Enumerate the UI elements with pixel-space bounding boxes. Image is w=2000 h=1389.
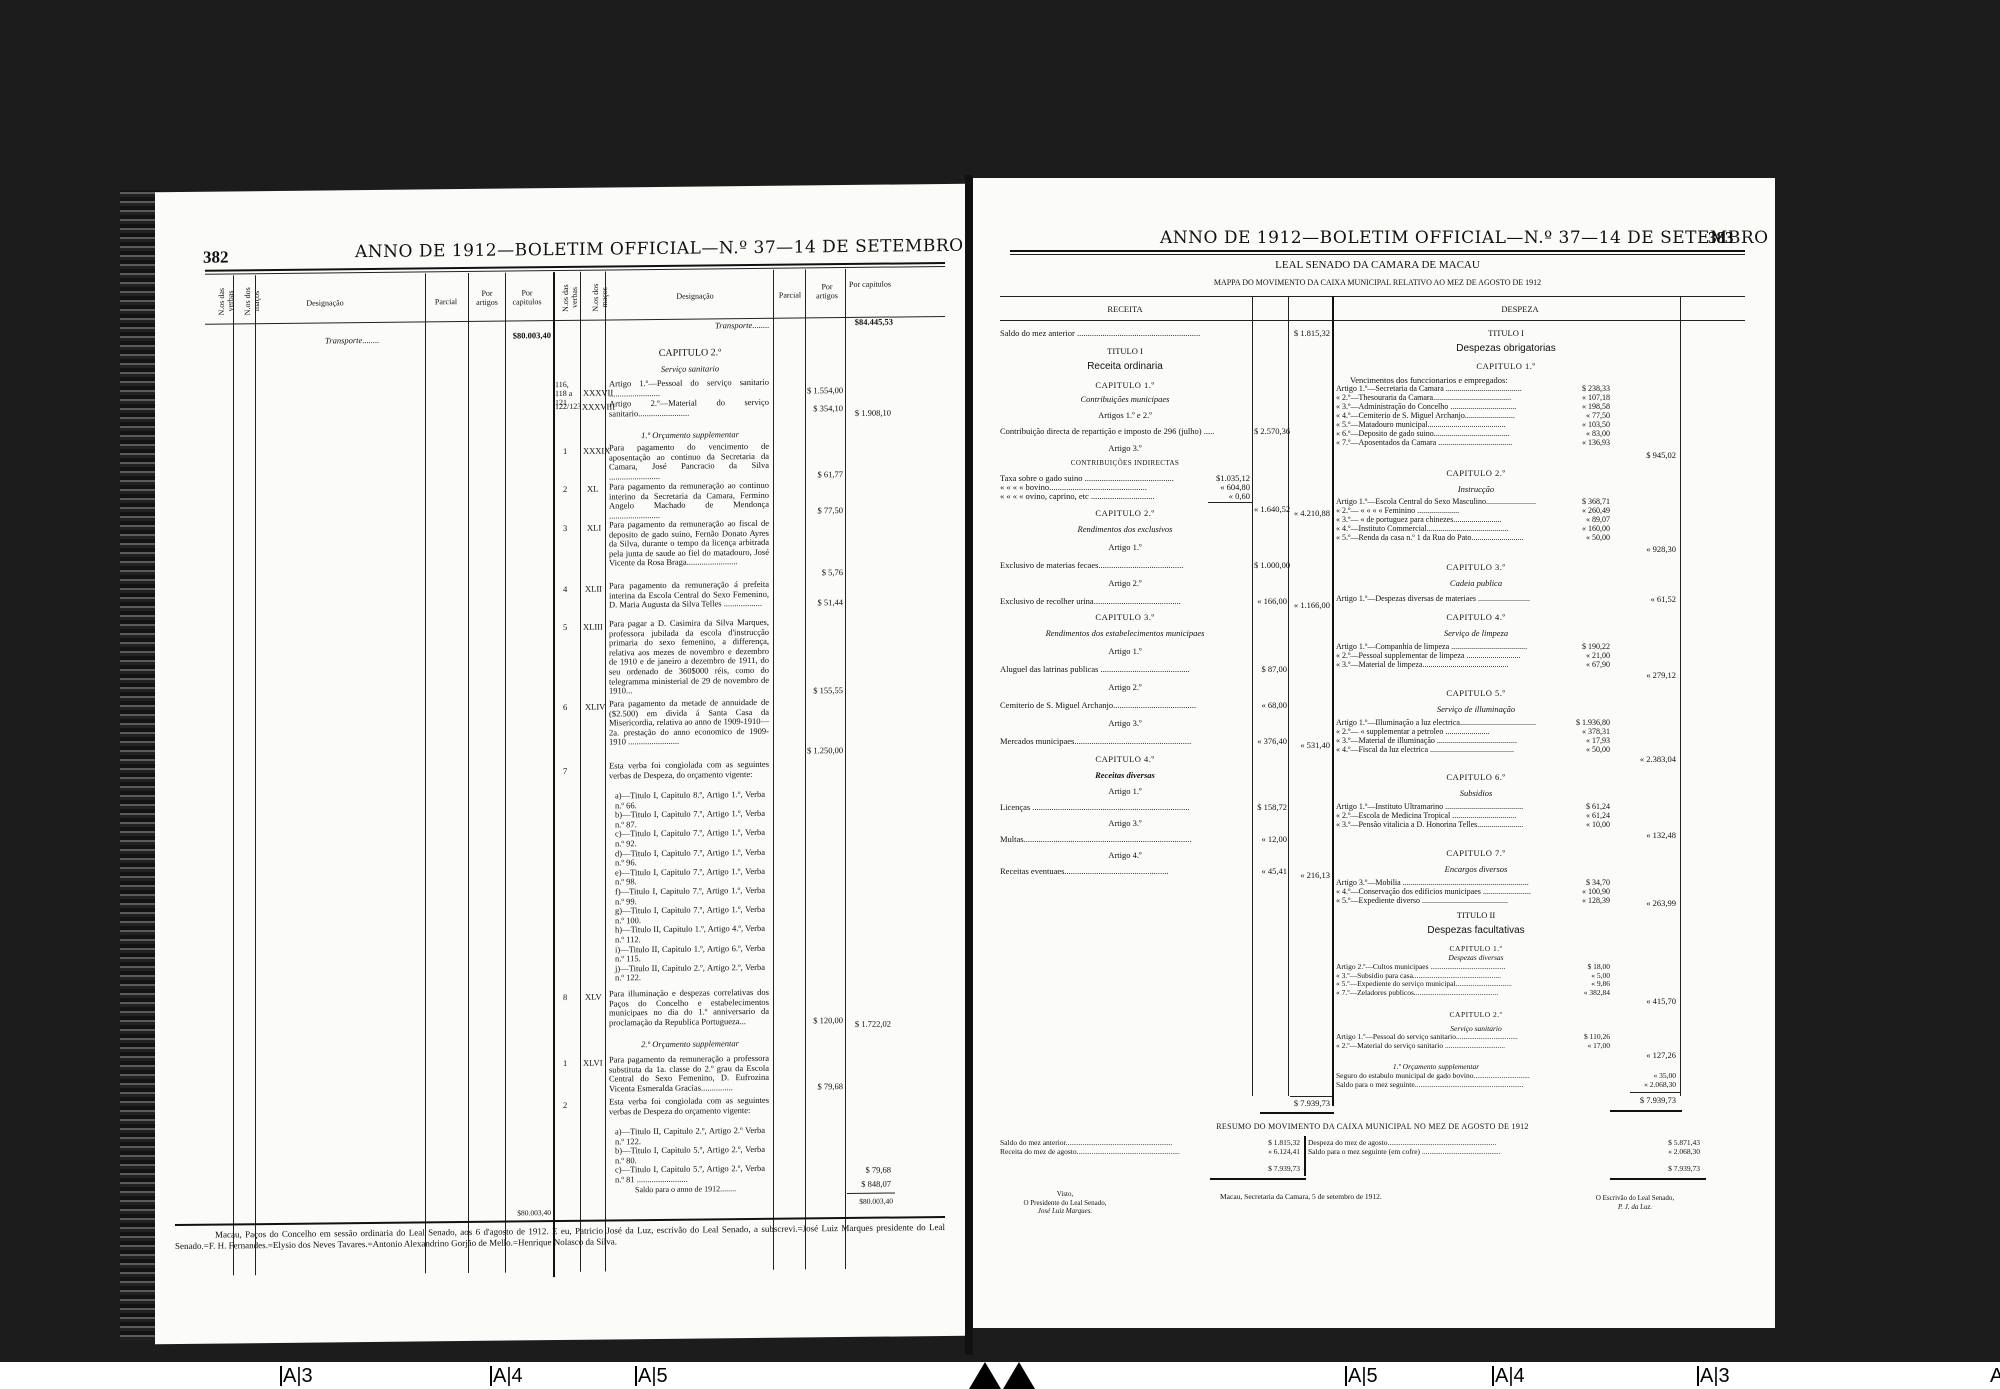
despeza-line-label: « 4.º—Conservação dos edificios municipa… — [1336, 887, 1568, 896]
item-text: Esta verba foi congiolada com as seguint… — [609, 1096, 769, 1117]
despeza-line-label: Artigo 1.º—Companhia de limpeza ........… — [1336, 642, 1568, 651]
page-number: 383 — [1708, 228, 1734, 248]
transporte-label-right: Transporte........ — [715, 320, 769, 331]
despeza-line-label: « 3.º—Material de illuminação ..........… — [1336, 736, 1568, 745]
titulo-subheading: Despezas facultativas — [1336, 926, 1616, 936]
col-rule — [1680, 296, 1681, 1096]
despeza-line-amount: « 198,58 — [1570, 402, 1610, 411]
item-amount: $ 79,68 — [807, 1081, 843, 1091]
cap3-total: « 531,40 — [1290, 740, 1330, 750]
signature-name: José Luiz Marques. — [1000, 1207, 1130, 1216]
capitulo-subheading: Subsidios — [1336, 788, 1616, 798]
taxas-total: « 1.640,52 — [1254, 504, 1287, 514]
despeza-line-amount: « 67,90 — [1570, 660, 1610, 669]
despeza-cap4-list: Artigo 1.º—Companhia de limpeza ........… — [1336, 642, 1568, 669]
despeza-line-label: « 4.º—Fiscal da luz electrica ..........… — [1336, 745, 1568, 754]
capitulo-subheading: Serviço sanitario — [610, 363, 770, 375]
total-rule — [847, 1193, 895, 1195]
artigo-heading: Artigos 1.º e 2.º — [1000, 410, 1250, 420]
despeza-line-amount: « 50,00 — [1570, 533, 1610, 542]
item-number: 3 — [563, 523, 567, 533]
signature-line: O Escrivão do Leal Senado, — [1570, 1194, 1700, 1203]
despeza-line-label: « 7.º—Zeladores publicos................… — [1336, 989, 1568, 998]
item-number: 5 — [563, 622, 567, 632]
page-split-arrow-left-icon[interactable] — [969, 1362, 1001, 1389]
item-macos: XLII — [585, 584, 602, 594]
despeza-t2cap1-total: « 415,70 — [1630, 996, 1676, 1006]
despeza-line-amount: $ 368,71 — [1570, 497, 1610, 506]
despeza-cap7-total: « 263,99 — [1630, 898, 1676, 908]
item-number: 7 — [563, 766, 567, 776]
item-text: Para illuminação e despezas correlativas… — [609, 988, 769, 1028]
col-rule-center — [553, 272, 555, 1277]
capitulo-heading: CAPITULO 5.º — [1336, 688, 1616, 698]
receita-line-label: Exclusivo de materias fecaes............… — [1000, 560, 1250, 570]
despeza-line-amount: $ 1.936,80 — [1570, 718, 1610, 727]
signature-date: Macau, Secretaria da Camara, 5 de setemb… — [1220, 1192, 1382, 1202]
capitulo-subheading: Instrucção — [1336, 484, 1616, 494]
despeza-line-amount: « 100,90 — [1570, 887, 1610, 896]
sublist-item: j)—Titulo II, Capitulo 2.º, Artigo 2.º, … — [615, 963, 765, 984]
footer-text: Macau, Paços do Concelho em sessão ordin… — [175, 1222, 945, 1252]
transporte-amount-right: $84.445,53 — [847, 317, 893, 327]
col-macos-right: N.os dos maços — [591, 277, 609, 317]
titulo-subheading: Despezas obrigatorias — [1336, 344, 1676, 354]
despeza-line-amount: « 17,00 — [1570, 1042, 1610, 1051]
orc1-total: $ 1.722,02 — [847, 1019, 891, 1029]
despeza-saldo-amount: « 2.068,30 — [1630, 1080, 1676, 1090]
ruler-label: A|5 — [1348, 1365, 1378, 1387]
ruler-label: A|5 — [638, 1365, 668, 1387]
artigo-heading: Artigo 3.º — [1000, 818, 1250, 828]
verbas-num: 122/123 — [555, 402, 581, 412]
despeza-cap2-list: Artigo 1.º—Escola Central do Sexo Mascul… — [1336, 497, 1568, 542]
col-rule — [468, 273, 469, 1273]
receita-line-label: Receitas eventuaes......................… — [1000, 866, 1250, 876]
despeza-t2cap2-total: « 127,26 — [1630, 1050, 1676, 1060]
header-rule-thin — [1010, 254, 1745, 255]
col-rule — [505, 273, 506, 1273]
grand-total-double-rule — [1610, 1110, 1682, 1112]
col-designacao: Designação — [255, 298, 395, 308]
ruler-label: A|4 — [493, 1365, 523, 1387]
despeza-saldo-label: Saldo para o mez seguinte...............… — [1336, 1080, 1616, 1090]
ruler-mark: A|5 — [635, 1366, 668, 1386]
artigo-heading: Artigo 4.º — [1000, 850, 1250, 860]
despeza-cap1-list: Artigo 1.º—Secretaria da Camara ........… — [1336, 384, 1606, 447]
despeza-cap5-list: Artigo 1.º—Illuminação a luz electrica..… — [1336, 718, 1568, 754]
col-rule — [1252, 296, 1253, 1096]
sublist-item: h)—Titulo II, Capitulo 1.º, Artigo 4.º, … — [615, 924, 765, 945]
despeza-line-label: « 3.º—Material de limpeza...............… — [1336, 660, 1568, 669]
despeza-line-amount: « 61,24 — [1570, 811, 1610, 820]
artigo-heading: Artigo 1.º — [1000, 542, 1250, 552]
item-macos: XLI — [587, 523, 601, 533]
capitulo-heading: CAPITULO 3.º — [1000, 612, 1250, 622]
despeza-cap5-total: « 2.383,04 — [1630, 754, 1676, 764]
receita-line-label: Multas..................................… — [1000, 834, 1250, 844]
receita-line-label: Contribuição directa de repartição e imp… — [1000, 426, 1250, 436]
taxa-amount: « 0,60 — [1210, 491, 1250, 501]
item-amount: $ 51,44 — [807, 597, 843, 607]
ruler-mark: A|3 — [280, 1366, 313, 1386]
book-edge — [120, 190, 160, 1340]
despeza-line-label: « 5.º—Matadouro municipal...............… — [1336, 420, 1568, 429]
capitulo-heading: CAPITULO 4.º — [1336, 612, 1616, 622]
despeza-line-amount: « 160,00 — [1570, 524, 1610, 533]
despeza-cap2-total: « 928,30 — [1630, 544, 1676, 554]
receita-line-amount: $ 87,00 — [1254, 664, 1287, 674]
despeza-line-amount: « 107,18 — [1570, 393, 1610, 402]
capitulo-heading: CAPITULO 2.º — [1336, 1010, 1616, 1020]
resumo-right-total: $ 7.939,73 — [1650, 1164, 1700, 1174]
receita-line-label: Exclusivo de recolher urina.............… — [1000, 596, 1250, 606]
section-heading: CONTRIBUIÇÕES INDIRECTAS — [1000, 458, 1250, 468]
sublist-item: c)—Titulo I, Capitulo 5.º, Artigo 2.º, V… — [615, 1164, 765, 1185]
despeza-t2cap1-amounts: $ 18,00 « 5,00 « 9,86 « 382,84 — [1570, 963, 1610, 997]
artigo-text: Artigo 1.º—Pessoal do serviço sanitario … — [609, 378, 769, 399]
despeza-line-amount: « 77,50 — [1570, 411, 1610, 420]
artigo-amount: $ 354,10 — [807, 403, 843, 413]
artigo-heading: Artigo 2.º — [1000, 578, 1250, 588]
titulo-subheading: Receita ordinaria — [1000, 362, 1250, 372]
despeza-line-label: « 5.º—Renda da casa n.º 1 da Rua do Pato… — [1336, 533, 1568, 542]
despeza-t2cap1-list: Artigo 2.º—Cultos municipaes ...........… — [1336, 963, 1568, 997]
sublist-item: c)—Titulo I, Capitulo 7.º, Artigo 1.º, V… — [615, 828, 765, 849]
artigo-amount: $ 1.554,00 — [807, 385, 843, 395]
despeza-line-label: « 6.º—Deposito de gado suino............… — [1336, 429, 1568, 438]
titulo-heading: TITULO I — [1000, 346, 1250, 356]
capitulo-heading: CAPITULO 2.º — [610, 348, 770, 360]
despeza-line-amount: « 17,93 — [1570, 736, 1610, 745]
item-macos: XLIII — [583, 622, 603, 632]
despeza-line-label: « 3.º—Pensão vitalicia a D. Honorina Tel… — [1336, 820, 1568, 829]
despeza-cap2-amounts: $ 368,71 « 260,49 « 89,07 « 160,00 « 50,… — [1570, 497, 1610, 542]
resumo-left-total: $ 7.939,73 — [1260, 1164, 1300, 1174]
artigo-heading: Artigo 1.º — [1000, 646, 1250, 656]
artigo-heading: Artigo 2.º — [1000, 682, 1250, 692]
receita-line-amount: « 12,00 — [1254, 834, 1287, 844]
col-por-artigos: Por artigos — [470, 289, 504, 307]
capitulo-heading: CAPITULO 1.º — [1000, 380, 1250, 390]
despeza-line-amount: « 50,00 — [1570, 745, 1610, 754]
despeza-cap1-amounts: $ 238,33 « 107,18 « 198,58 « 77,50 « 103… — [1570, 384, 1610, 447]
receita-saldo-amount: $ 1.815,32 — [1290, 328, 1330, 338]
despeza-line-label: « 7.º—Aposentados da Camara ............… — [1336, 438, 1568, 447]
despeza-line-label: Artigo 1.º—Illuminação a luz electrica..… — [1336, 718, 1568, 727]
col-rule — [773, 270, 774, 1270]
transporte-label: Transporte........ — [325, 335, 379, 346]
item-amount: $ 61,77 — [807, 469, 843, 479]
despeza-cap6-total: « 132,48 — [1630, 830, 1676, 840]
despeza-line-label: Artigo 3.º—Mobilia .....................… — [1336, 878, 1568, 887]
despeza-line-amount: « 83,00 — [1570, 429, 1610, 438]
despeza-cap7-list: Artigo 3.º—Mobilia .....................… — [1336, 878, 1568, 905]
item-amount: $ 155,55 — [807, 685, 843, 695]
receita-line-label: Licenças ...............................… — [1000, 802, 1250, 812]
despeza-cap6-list: Artigo 1.º—Instituto Ultramarino .......… — [1336, 802, 1568, 829]
ruler-mark: A|4 — [490, 1366, 523, 1386]
ruler-label: A — [1990, 1365, 2000, 1387]
despeza-line-label: « 2.º—Thesouraria da Camara.............… — [1336, 393, 1568, 402]
item-number: 4 — [563, 584, 567, 594]
item-number: 1 — [563, 446, 567, 456]
col-rule — [845, 269, 846, 1269]
despeza-line-label: « 2.º—Escola de Medicina Tropical ......… — [1336, 811, 1568, 820]
cap4-total: « 216,13 — [1290, 870, 1330, 880]
despeza-cap4-total: « 279,12 — [1630, 670, 1676, 680]
heading-rule — [1000, 320, 1745, 321]
orcamento-1-title: 1.º Orçamento supplementar — [610, 429, 770, 441]
item-macos: XXXIX — [583, 445, 610, 455]
item-amount: $ 120,00 — [807, 1015, 843, 1025]
item-text: Para pagamento da metade de annuidade de… — [609, 698, 769, 748]
despeza-heading: DESPEZA — [1370, 304, 1670, 314]
ruler-label: A|3 — [1700, 1365, 1730, 1387]
saldo-amount: $ 848,07 — [847, 1179, 891, 1189]
capitulo-heading: CAPITULO 2.º — [1336, 468, 1616, 478]
despeza-grand-total: $ 7.939,73 — [1630, 1095, 1676, 1105]
item-text: Para pagamento do vencimento de aposenta… — [609, 442, 769, 482]
despeza-line-amount: « 382,84 — [1570, 989, 1610, 998]
capitulo-subheading: Contribuições municipaes — [1000, 394, 1250, 404]
artigo-heading: Artigo 3.º — [1000, 718, 1250, 728]
item-macos: XLVI — [583, 1058, 603, 1068]
col-rule-center — [1332, 296, 1334, 1106]
transporte-amount: $80.003,40 — [507, 330, 551, 340]
receita-saldo-label: Saldo do mez anterior ..................… — [1000, 328, 1250, 338]
col-rule — [1288, 296, 1289, 1096]
despeza-line-amount: « 103,50 — [1570, 420, 1610, 429]
despeza-line-amount: $ 34,70 — [1570, 878, 1610, 887]
despeza-line-label: Artigo 2.º—Cultos municipaes ...........… — [1336, 963, 1568, 972]
despeza-line-label: Artigo 1.º—Secretaria da Camara ........… — [1336, 384, 1568, 393]
capitulo-subheading: Receitas diversas — [1000, 770, 1250, 780]
capitulo-subheading: Despezas diversas — [1336, 953, 1616, 963]
item-number: 8 — [563, 992, 567, 1002]
receita-line-amount: « 45,41 — [1254, 866, 1287, 876]
ruler-label: A|3 — [283, 1365, 313, 1387]
despeza-line-amount: $ 61,24 — [1570, 802, 1610, 811]
header-rule — [1010, 250, 1745, 252]
capitulo-subheading: Serviço de limpeza — [1336, 628, 1616, 638]
despeza-line-label: Artigo 1.º—Despezas diversas de materiae… — [1336, 594, 1568, 604]
capitulo-heading: CAPITULO 7.º — [1336, 848, 1616, 858]
despeza-line-label: « 3.º—Administração do Concelho ........… — [1336, 402, 1568, 411]
grand-total-rule — [1290, 1096, 1332, 1097]
page-header: ANNO DE 1912—BOLETIM OFFICIAL—N.º 37—14 … — [1160, 228, 1769, 248]
capitulo-subheading: Serviço de illuminação — [1336, 704, 1616, 714]
col-parcial: Parcial — [427, 297, 465, 306]
despeza-line-amount: $ 238,33 — [1570, 384, 1610, 393]
ruler-mark: A|5 — [1345, 1366, 1378, 1386]
receita-line-amount: $ 1.000,00 — [1254, 560, 1287, 570]
receita-line-label: Aluguel das latrinas publicas ..........… — [1000, 664, 1250, 674]
capitulo-subheading: Rendimentos dos exclusivos — [1000, 524, 1250, 534]
bottom-total-left: $80.003,40 — [507, 1208, 551, 1218]
taxa-label: « « « « ovino, caprino, etc ............… — [1000, 491, 1210, 501]
resumo-divider — [1304, 1136, 1306, 1176]
receita-line-label: Mercados municipaes.....................… — [1000, 736, 1250, 746]
orc1-sublist: a)—Titulo I, Capitulo 8.º, Artigo 1.º, V… — [607, 790, 771, 984]
capitulo-heading: CAPITULO 4.º — [1000, 754, 1250, 764]
signature-name: P. J. da Luz. — [1570, 1203, 1700, 1212]
receita-grand-total: $ 7.939,73 — [1290, 1098, 1330, 1108]
item-text: Esta verba foi congiolada com as seguint… — [609, 760, 769, 781]
doc-subtitle: MAPPA DO MOVIMENTO DA CAIXA MUNICIPAL RE… — [1010, 278, 1745, 288]
resumo-rule-left — [1210, 1178, 1306, 1180]
titulo-heading: TITULO II — [1336, 910, 1616, 920]
ruler-mark: A — [1990, 1366, 2000, 1386]
capitulo-heading: CAPITULO 6.º — [1336, 772, 1616, 782]
col-rule — [255, 275, 256, 1275]
item-text: Para pagamento da remuneração á prefeita… — [609, 580, 769, 610]
item-text: Para pagamento da remuneração ao fiscal … — [609, 519, 769, 569]
sublist-item: d)—Titulo I, Capitulo 7.º, Artigo 1.º, V… — [615, 847, 765, 868]
right-page: ANNO DE 1912—BOLETIM OFFICIAL—N.º 37—14 … — [970, 178, 1775, 1328]
receita-line-amount: $ 158,72 — [1254, 802, 1287, 812]
resumo-line-amount: « 6.124,41 — [1260, 1147, 1300, 1157]
despeza-line-label: « 5.º—Expediente diverso ...............… — [1336, 896, 1568, 905]
despeza-line-amount: « 21,00 — [1570, 651, 1610, 660]
despeza-line-label: « 2.º— « « « « Feminino ................… — [1336, 506, 1568, 515]
book-spine — [965, 175, 973, 1355]
col-por-artigos-right: Por artigos — [810, 282, 844, 300]
orc2-total: $ 79,68 — [847, 1165, 891, 1175]
col-parcial-right: Parcial — [775, 290, 805, 299]
capitulo-subheading: Encargos diversos — [1336, 864, 1616, 874]
signature-line: Visto, — [1000, 1190, 1130, 1199]
doc-title: LEAL SENADO DA CAMARA DE MACAU — [1010, 260, 1745, 270]
resumo-line-label: Receita do mez de agosto................… — [1000, 1147, 1260, 1157]
col-verbas-right: N.os das verbas — [561, 278, 579, 318]
receita-line-label: Cemiterio de S. Miguel Archanjo.........… — [1000, 700, 1250, 710]
item-number: 2 — [563, 484, 567, 494]
despeza-cap3-total: « 61,52 — [1630, 594, 1676, 604]
capitulo-subheading: Rendimentos dos estabelecimentos municip… — [1000, 628, 1250, 638]
item-number: 2 — [563, 1100, 567, 1110]
table-top-rule — [1000, 296, 1745, 297]
item-amount: $ 1.250,00 — [807, 745, 843, 755]
despeza-line-label: « 2.º—Material do serviço sanitario ....… — [1336, 1042, 1568, 1051]
item-text: Para pagar a D. Casimira da Silva Marque… — [609, 618, 769, 696]
despeza-t2cap2-list: Artigo 1.º—Pessoal do serviço sanitario.… — [1336, 1033, 1568, 1050]
receita-line-amount: $ 2.570,36 — [1254, 426, 1287, 436]
receita-line-amount: « 68,00 — [1254, 700, 1287, 710]
despeza-line-label: « 2.º— « supplementar a petroleo .......… — [1336, 727, 1568, 736]
despeza-cap6-amounts: $ 61,24 « 61,24 « 10,00 — [1570, 802, 1610, 829]
despeza-line-label: « 5.º—Expediente do serviço municipal...… — [1336, 980, 1568, 989]
despeza-line-label: « 3.º—Subsidio para casa................… — [1336, 972, 1568, 981]
page-header: ANNO DE 1912—BOLETIM OFFICIAL—N.º 37—14 … — [355, 236, 964, 262]
col-rule — [580, 272, 581, 1272]
ruler-mark: A|4 — [1492, 1366, 1525, 1386]
subtotal-rule — [1208, 502, 1252, 503]
bottom-total-right: $80.003,40 — [847, 1197, 893, 1207]
cap2-total: « 1.166,00 — [1290, 600, 1330, 610]
item-amount: $ 5,76 — [807, 567, 843, 577]
orcamento-2-title: 2.º Orçamento supplementar — [610, 1038, 770, 1050]
item-macos: XLV — [585, 992, 602, 1002]
capitulo-heading: CAPITULO 3.º — [1336, 562, 1616, 572]
grand-total-rule — [1630, 1092, 1680, 1093]
page-number: 382 — [203, 247, 229, 267]
artigo-heading: Artigo 1.º — [1000, 786, 1250, 796]
receita-line-amount: « 376,40 — [1254, 736, 1287, 746]
titulo-heading: TITULO I — [1336, 328, 1676, 338]
despeza-line-label: Artigo 1.º—Pessoal do serviço sanitario.… — [1336, 1033, 1568, 1042]
col-rule — [805, 269, 806, 1269]
receita-heading: RECEITA — [1000, 304, 1250, 314]
signature-line: O Presidente do Leal Senado, — [1000, 1199, 1130, 1208]
capitulo-total: $ 1.908,10 — [847, 408, 891, 418]
despeza-line-amount: « 260,49 — [1570, 506, 1610, 515]
resumo-line-label: Saldo para o mez seguinte (em cofre) ...… — [1308, 1147, 1638, 1157]
despeza-t2cap2-amounts: $ 110,26 « 17,00 — [1570, 1033, 1610, 1050]
despeza-cap4-amounts: $ 190,22 « 21,00 « 67,90 — [1570, 642, 1610, 669]
item-macos: XL — [587, 484, 598, 494]
despeza-line-label: Artigo 1.º—Escola Central do Sexo Mascul… — [1336, 497, 1568, 506]
despeza-line-label: « 3.º— « de portuguez para chinezes.....… — [1336, 515, 1568, 524]
col-por-capitulos: Por capitulos — [507, 288, 547, 306]
item-macos: XLIV — [585, 702, 605, 712]
despeza-line-amount: « 89,07 — [1570, 515, 1610, 524]
col-rule — [605, 272, 606, 1272]
left-page: 382 ANNO DE 1912—BOLETIM OFFICIAL—N.º 37… — [155, 184, 967, 1345]
orc2-sublist: a)—Titulo II, Capitulo 2.º, Artigo 2.º V… — [607, 1126, 771, 1185]
item-number: 1 — [563, 1058, 567, 1068]
despeza-line-label: « 4.º—Instituto Commercial..............… — [1336, 524, 1568, 533]
capitulo-heading: CAPITULO 2.º — [1000, 508, 1250, 518]
sublist-item: i)—Titulo II, Capitulo 1.º, Artigo 6.º, … — [615, 943, 765, 964]
page-split-arrow-right-icon[interactable] — [1003, 1362, 1035, 1389]
capitulo-subheading: Cadeia publica — [1336, 578, 1616, 588]
artigo-heading: Artigo 3.º — [1000, 443, 1250, 453]
ruler-label: A|4 — [1495, 1365, 1525, 1387]
receita-line-amount: « 166,00 — [1254, 596, 1287, 606]
capitulo-heading: CAPITULO 1.º — [1336, 361, 1676, 371]
despeza-line-label: Artigo 1.º—Instituto Ultramarino .......… — [1336, 802, 1568, 811]
despeza-line-amount: $ 190,22 — [1570, 642, 1610, 651]
cap1-total: « 4.210,88 — [1290, 508, 1330, 518]
item-text: Para pagamento da remuneração ao continu… — [609, 481, 769, 521]
resumo-line-amount: « 2.068,30 — [1650, 1147, 1700, 1157]
signature-right: O Escrivão do Leal Senado, P. J. da Luz. — [1570, 1194, 1700, 1211]
despeza-line-amount: « 378,31 — [1570, 727, 1610, 736]
col-designacao-right: Designação — [625, 291, 765, 301]
item-text: Para pagamento da remuneração a professo… — [609, 1054, 769, 1094]
despeza-line-amount: « 128,39 — [1570, 896, 1610, 905]
despeza-line-label: « 4.º—Cemiterio de S. Miguel Archanjo...… — [1336, 411, 1568, 420]
col-rule — [233, 275, 234, 1275]
artigo-text: Artigo 2.º—Material do serviço sanitario… — [609, 398, 769, 419]
despeza-cap5-amounts: $ 1.936,80 « 378,31 « 17,93 « 50,00 — [1570, 718, 1610, 754]
signature-left: Visto, O Presidente do Leal Senado, José… — [1000, 1190, 1130, 1216]
despeza-line-label: « 2.º—Pessoal supplementar de limpeza ..… — [1336, 651, 1568, 660]
item-amount: $ 77,50 — [807, 505, 843, 515]
resumo-title: RESUMO DO MOVIMENTO DA CAIXA MUNICIPAL N… — [1000, 1122, 1745, 1132]
resumo-rule-right — [1610, 1178, 1706, 1180]
grand-total-double-rule — [1260, 1112, 1334, 1114]
despeza-cap1-total: $ 945,02 — [1630, 450, 1676, 460]
col-por-capitulos-right: Por capitulos — [848, 280, 892, 289]
despeza-line-amount: « 136,93 — [1570, 438, 1610, 447]
col-rule — [425, 273, 426, 1273]
item-number: 6 — [563, 702, 567, 712]
ruler-mark: A|3 — [1697, 1366, 1730, 1386]
saldo-label: Saldo para o anno de 1912........ — [635, 1184, 736, 1195]
despeza-line-amount: « 10,00 — [1570, 820, 1610, 829]
